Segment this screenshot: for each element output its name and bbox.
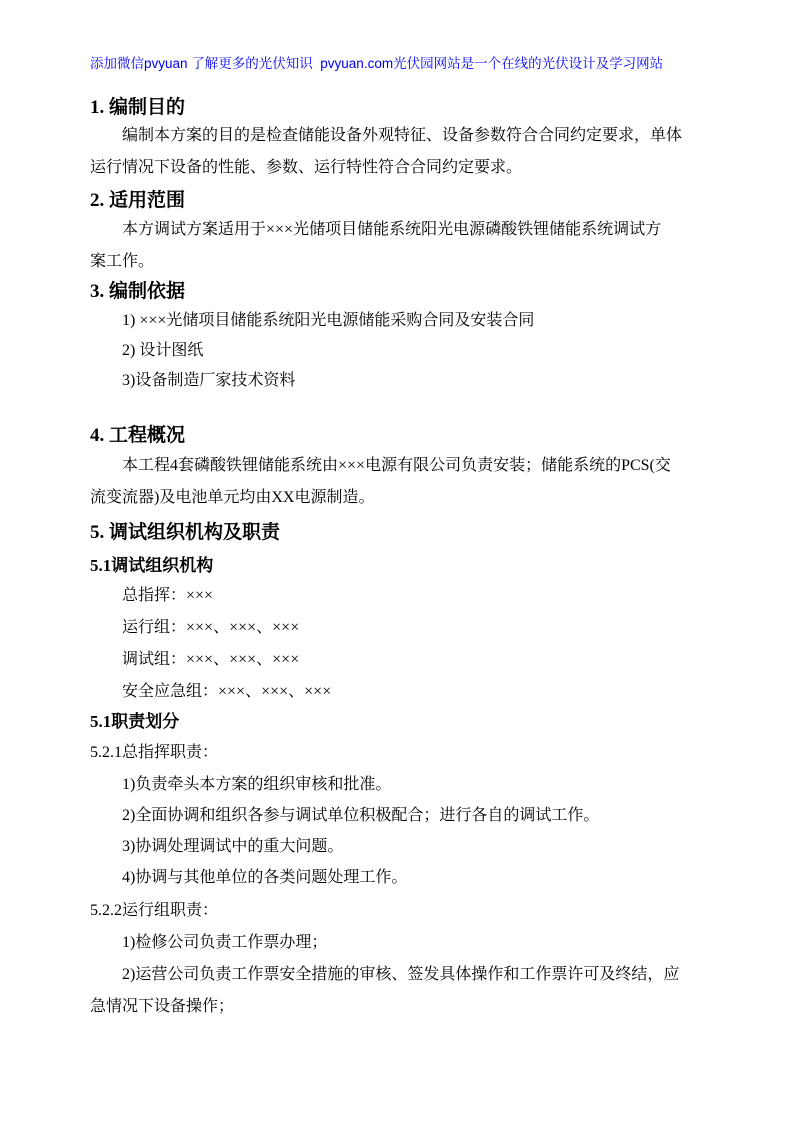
- list-item: 3)协调处理调试中的重大问题。: [90, 831, 706, 862]
- section-4-paragraph: 本工程4套磷酸铁锂储能系统由×××电源有限公司负责安装；储能系统的PCS(交 流…: [90, 450, 706, 514]
- section-1-paragraph: 编制本方案的目的是检查储能设备外观特征、设备参数符合合同约定要求，单体 运行情况…: [90, 120, 706, 184]
- list-item: 1)检修公司负责工作票办理；: [90, 927, 706, 959]
- document-page: 添加微信pvyuan 了解更多的光伏知识 pvyuan.com光伏园网站是一个在…: [0, 0, 794, 1122]
- section-4-heading: 4. 工程概况: [90, 425, 706, 447]
- duty-2-label: 5.2.2运行组职责：: [90, 895, 706, 927]
- promo-header-note: 添加微信pvyuan 了解更多的光伏知识 pvyuan.com光伏园网站是一个在…: [90, 54, 794, 74]
- section-3-heading: 3. 编制依据: [90, 281, 706, 303]
- paragraph-line: 流变流器)及电池单元均由XX电源制造。: [90, 482, 706, 514]
- roster-line-commander: 总指挥：×××: [90, 580, 706, 612]
- organization-roster: 总指挥：××× 运行组：×××、×××、××× 调试组：×××、×××、××× …: [90, 580, 706, 708]
- duty-1-label: 5.2.1总指挥职责：: [90, 737, 706, 769]
- section-1-heading: 1. 编制目的: [90, 97, 706, 119]
- paragraph-line: 运行情况下设备的性能、参数、运行特性符合合同约定要求。: [90, 152, 706, 184]
- list-item: 3)设备制造厂家技术资料: [90, 366, 706, 396]
- document-body: 1. 编制目的 编制本方案的目的是检查储能设备外观特征、设备参数符合合同约定要求…: [0, 97, 794, 1023]
- paragraph-line: 本方调试方案适用于×××光储项目储能系统阳光电源磷酸铁锂储能系统调试方: [90, 214, 706, 246]
- section-5-heading: 5. 调试组织机构及职责: [90, 522, 706, 544]
- section-3-list: 1) ×××光储项目储能系统阳光电源储能采购合同及安装合同 2) 设计图纸 3)…: [90, 306, 706, 396]
- duty-1-list: 1)负责牵头本方案的组织审核和批准。 2)全面协调和组织各参与调试单位积极配合；…: [90, 769, 706, 893]
- section-5-1-heading: 5.1调试组织机构: [90, 556, 706, 576]
- list-item: 4)协调与其他单位的各类问题处理工作。: [90, 862, 706, 893]
- paragraph-line: 本工程4套磷酸铁锂储能系统由×××电源有限公司负责安装；储能系统的PCS(交: [90, 450, 706, 482]
- paragraph-line: 案工作。: [90, 246, 706, 278]
- roster-line-commissioning-group: 调试组：×××、×××、×××: [90, 644, 706, 676]
- roster-line-operation-group: 运行组：×××、×××、×××: [90, 612, 706, 644]
- list-item-line: 急情况下设备操作；: [90, 991, 706, 1023]
- section-2-paragraph: 本方调试方案适用于×××光储项目储能系统阳光电源磷酸铁锂储能系统调试方 案工作。: [90, 214, 706, 278]
- duty-2-list: 1)检修公司负责工作票办理； 2)运营公司负责工作票安全措施的审核、签发具体操作…: [90, 927, 706, 1023]
- list-item: 1) ×××光储项目储能系统阳光电源储能采购合同及安装合同: [90, 306, 706, 336]
- list-item: 2) 设计图纸: [90, 336, 706, 366]
- list-item-line: 2)运营公司负责工作票安全措施的审核、签发具体操作和工作票许可及终结，应: [90, 959, 706, 991]
- list-item: 2)全面协调和组织各参与调试单位积极配合；进行各自的调试工作。: [90, 800, 706, 831]
- list-item: 1)负责牵头本方案的组织审核和批准。: [90, 769, 706, 800]
- roster-line-safety-group: 安全应急组：×××、×××、×××: [90, 676, 706, 708]
- section-5-2-heading: 5.1职责划分: [90, 712, 706, 732]
- section-2-heading: 2. 适用范围: [90, 190, 706, 212]
- paragraph-line: 编制本方案的目的是检查储能设备外观特征、设备参数符合合同约定要求，单体: [90, 120, 706, 152]
